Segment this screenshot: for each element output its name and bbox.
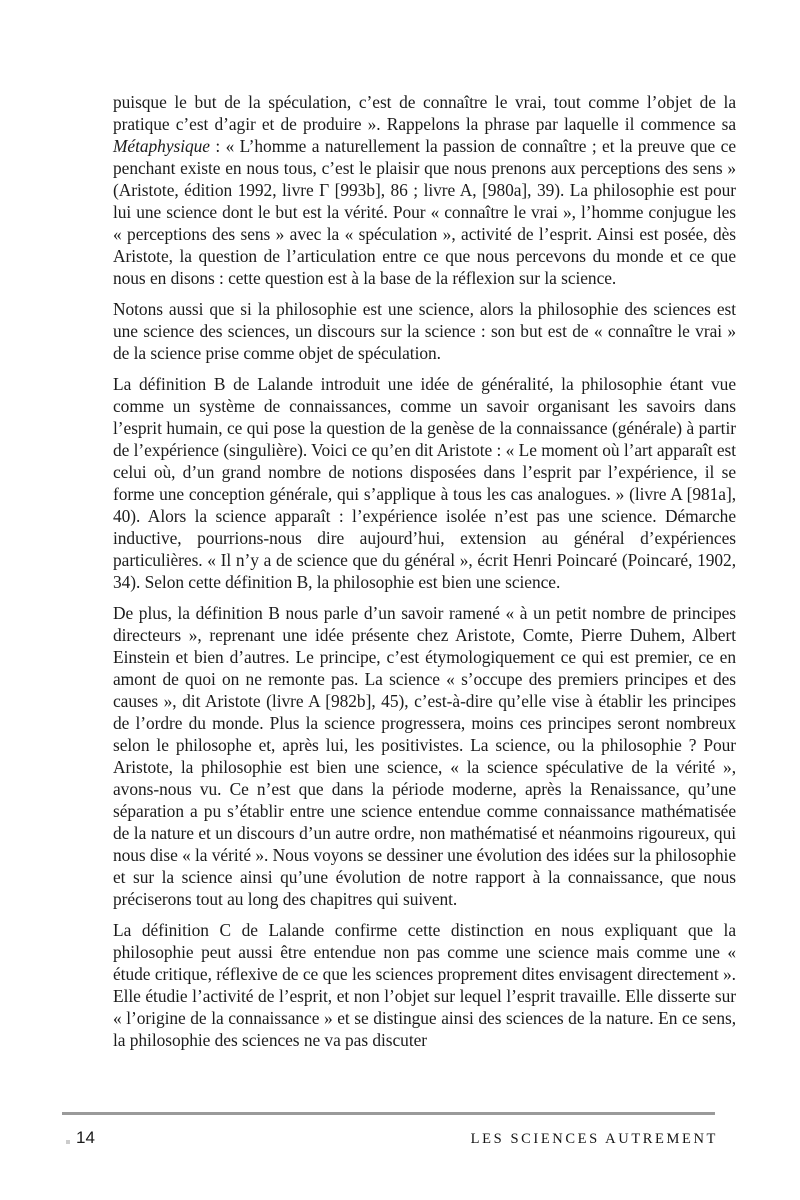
- text-run: De plus, la définition B nous parle d’un…: [113, 603, 736, 909]
- paragraph: De plus, la définition B nous parle d’un…: [113, 602, 736, 910]
- text-run: puisque le but de la spéculation, c’est …: [113, 92, 736, 134]
- text-run: : « L’homme a naturellement la passion d…: [113, 136, 736, 288]
- book-page: puisque le but de la spéculation, c’est …: [0, 0, 800, 1200]
- page-number: 14: [76, 1128, 95, 1148]
- paragraph: Notons aussi que si la philosophie est u…: [113, 298, 736, 364]
- body-text: puisque le but de la spéculation, c’est …: [113, 91, 736, 1060]
- footer-rule: [62, 1112, 715, 1115]
- text-run: Notons aussi que si la philosophie est u…: [113, 299, 736, 363]
- paragraph: La définition C de Lalande confirme cett…: [113, 919, 736, 1051]
- text-run: La définition B de Lalande introduit une…: [113, 374, 736, 592]
- paragraph: puisque le but de la spéculation, c’est …: [113, 91, 736, 289]
- running-title: LES SCIENCES AUTREMENT: [471, 1131, 718, 1148]
- text-run: La définition C de Lalande confirme cett…: [113, 920, 736, 1050]
- book-title-italic: Métaphysique: [113, 136, 210, 156]
- page-number-dot: [66, 1140, 70, 1144]
- paragraph: La définition B de Lalande introduit une…: [113, 373, 736, 593]
